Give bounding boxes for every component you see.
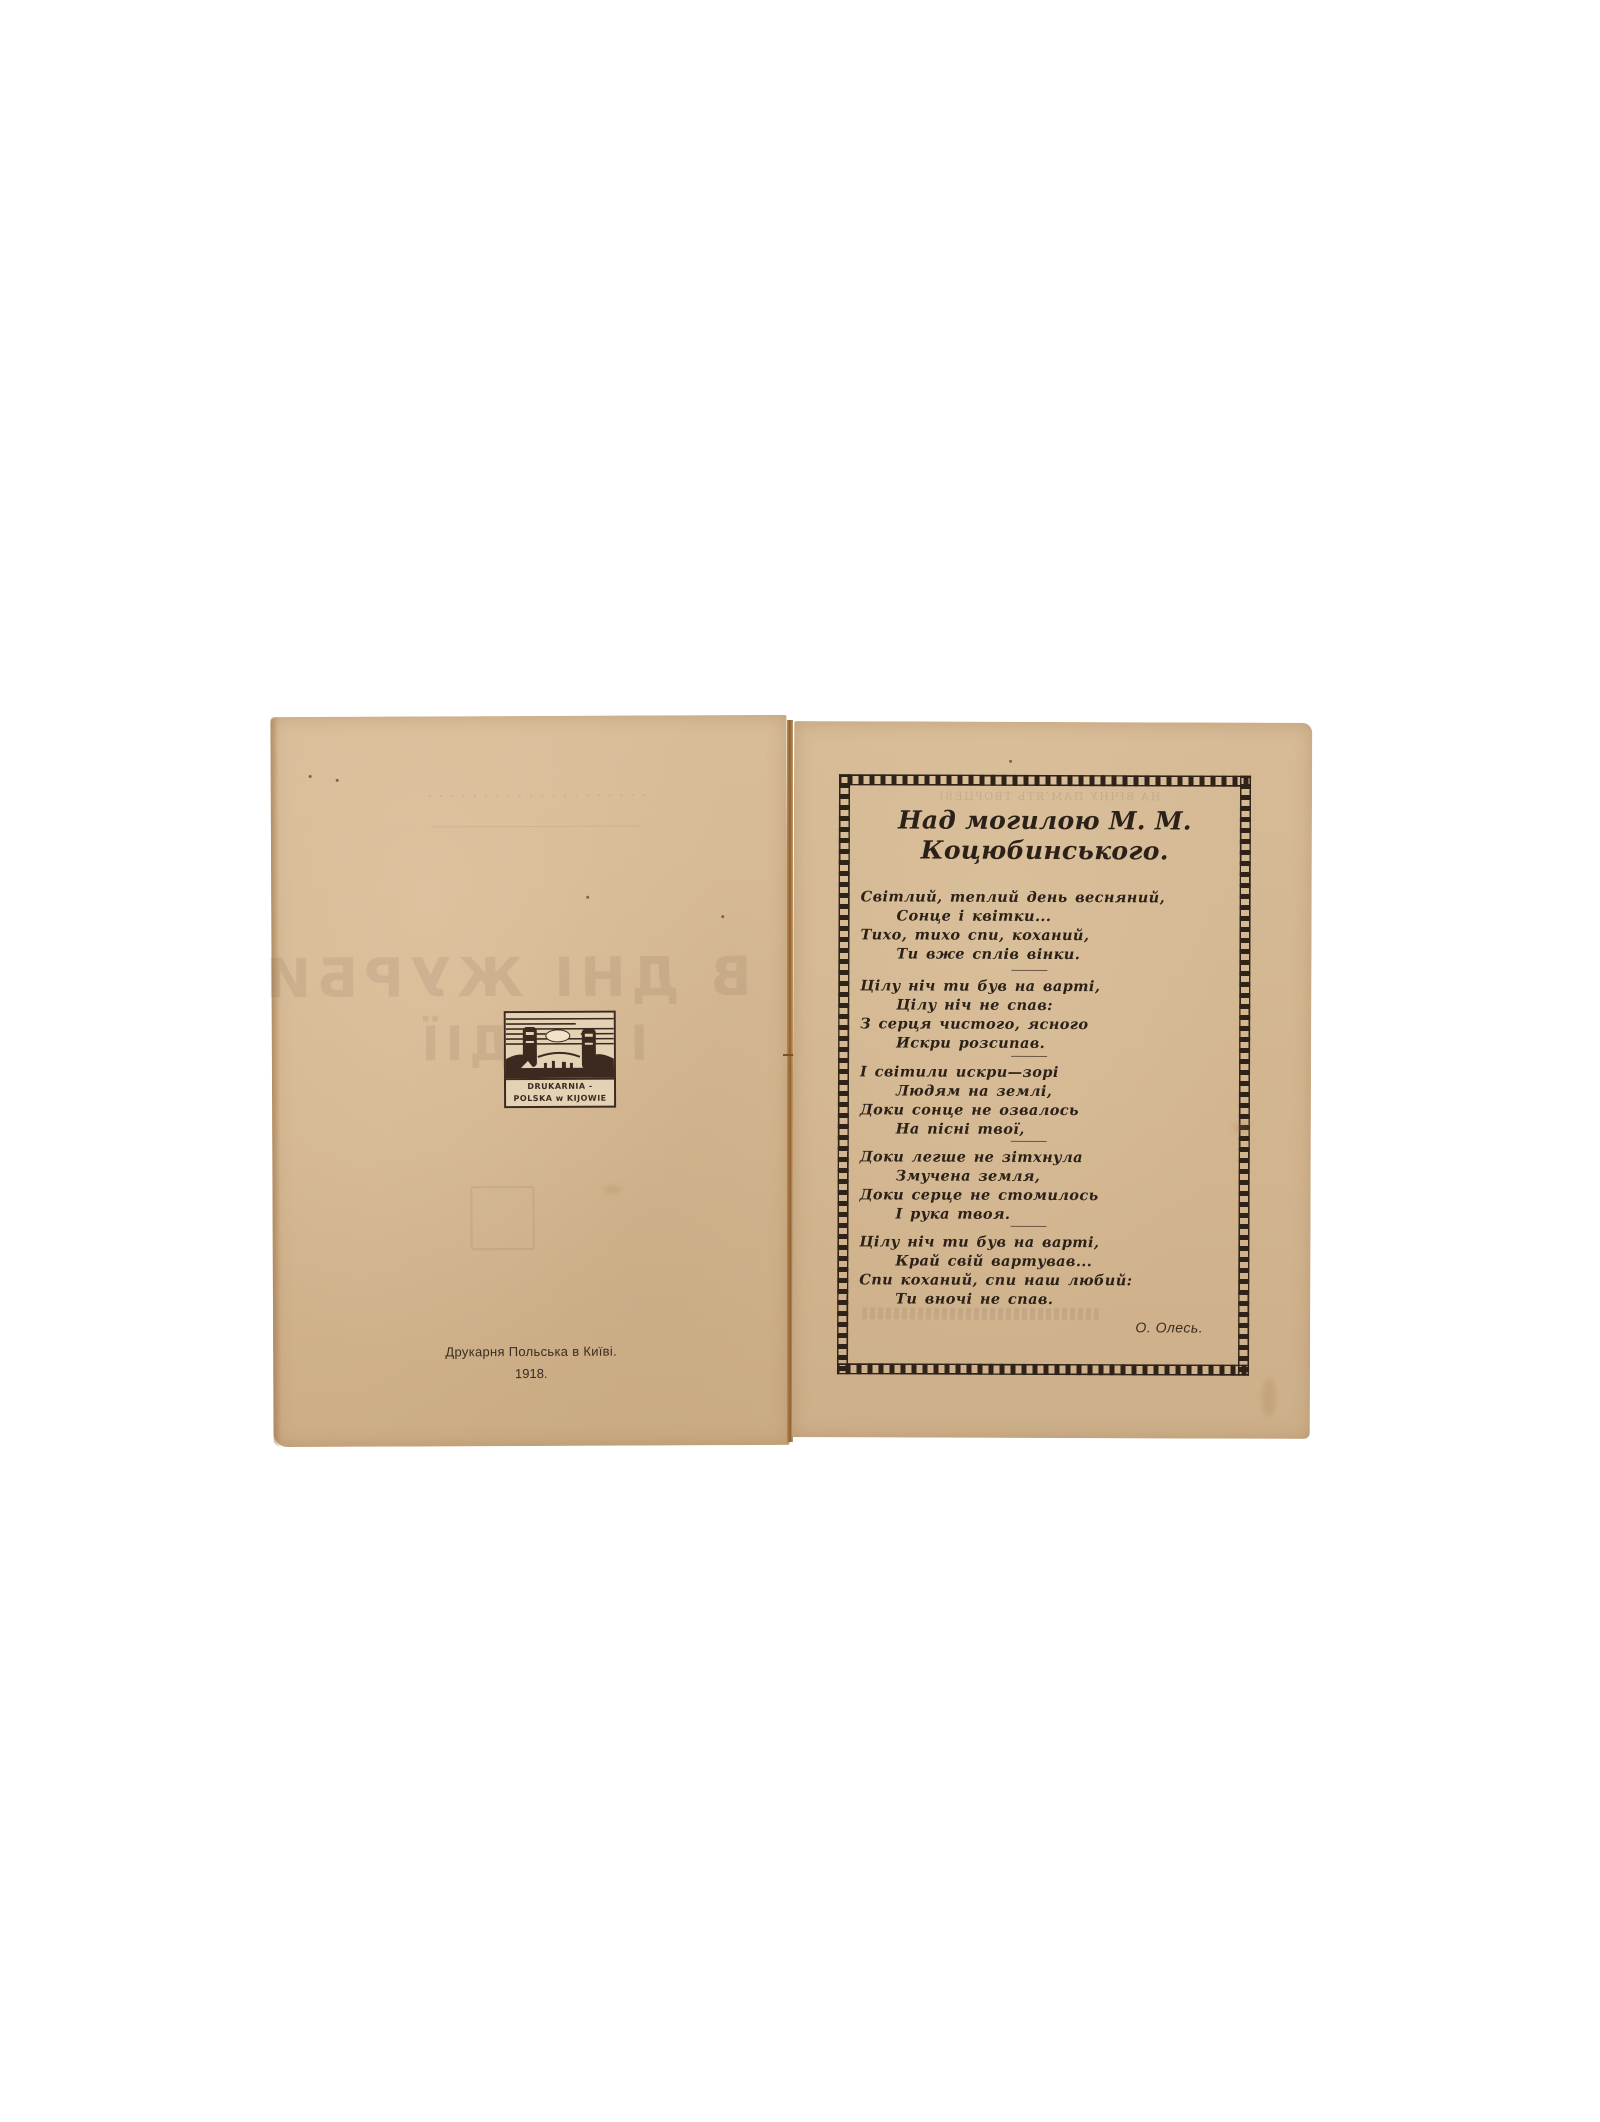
imprint-printer: Друкарня Польська в Київі.: [273, 1343, 789, 1360]
show-through-monogram-icon: [470, 1186, 534, 1250]
stanza-3: І світили искри—зорі Людям на землі, Док…: [860, 1062, 1240, 1139]
verse-line: З серця чистого, ясного: [860, 1014, 1240, 1034]
verse-line: Людям на землі,: [860, 1081, 1240, 1101]
verse-line: Доки легше не зітхнула: [860, 1147, 1240, 1167]
verse-line: Край свій вартував...: [859, 1251, 1239, 1271]
show-through-title: В ДНІ ЖУРБИ: [311, 945, 751, 1010]
verse-line: Цілу ніч не спав:: [860, 995, 1240, 1015]
printer-mark-caption-line1: DRUKARNIA -: [506, 1081, 614, 1093]
verse-line: Ти вже сплів вінки.: [860, 944, 1240, 964]
show-through-text: · · · · · · · · · · · · · · · · · · · ·: [371, 790, 701, 802]
paper-speck: [586, 896, 589, 899]
poem-title-line2: Коцюбинського.: [839, 835, 1251, 866]
paper-speck: [1009, 760, 1012, 763]
stanza-2: Цілу ніч ти був на варті, Цілу ніч не сп…: [860, 976, 1240, 1053]
stanza-1: Світлий, теплий день весняний, Сонце і к…: [860, 887, 1240, 964]
paper-stain: [602, 1186, 622, 1194]
verse-line: На пісні твої,: [860, 1119, 1240, 1139]
stanza-divider: [1011, 1056, 1047, 1057]
paper-stain: [1262, 1378, 1276, 1418]
right-page: НА ВІЧНУ ПАМʼЯТЬ ТВОРЦЕВІ Над могилою М.…: [792, 721, 1312, 1439]
stanza-divider: [1011, 1141, 1047, 1142]
imprint-year: 1918.: [273, 1365, 789, 1382]
paper-speck: [721, 915, 724, 918]
printer-mark-caption-line2: POLSKA w KIJOWIE: [506, 1093, 614, 1105]
paper-stain: [1233, 1123, 1251, 1133]
verse-line: Цілу ніч ти був на варті,: [860, 976, 1240, 996]
left-page: · · · · · · · · · · · · · · · · · · · · …: [270, 715, 789, 1447]
stanza-divider: [1011, 970, 1047, 971]
verse-line: Искри розсипав.: [860, 1033, 1240, 1053]
verse-line: І рука твоя.: [859, 1204, 1239, 1224]
author-signature: О. Олесь.: [837, 1318, 1203, 1335]
printer-mark-caption: DRUKARNIA - POLSKA w KIJOWIE: [506, 1078, 614, 1106]
poem-title-line1: Над могилою М. М.: [839, 805, 1251, 836]
verse-line: Сонце і квітки...: [861, 906, 1241, 926]
show-through-rule: [431, 826, 641, 828]
verse-line: Світлий, теплий день весняний,: [861, 887, 1241, 907]
paper-speck: [336, 779, 339, 782]
verse-line: Змучена земля,: [860, 1166, 1240, 1186]
verse-line: Спи коханий, спи наш любий:: [859, 1270, 1239, 1290]
stanza-5: Цілу ніч ти був на варті, Край свій варт…: [859, 1232, 1239, 1309]
verse-line: Доки серце не стомилось: [860, 1185, 1240, 1205]
woodcut-towers-icon: [506, 1013, 614, 1078]
verse-line: І світили искри—зорі: [860, 1062, 1240, 1082]
stanza-4: Доки легше не зітхнула Змучена земля, До…: [859, 1147, 1239, 1224]
page-edge-shadow: [270, 717, 281, 1447]
border-top-inner: [839, 774, 1251, 786]
verse-line: Тихо, тихо спи, коханий,: [860, 925, 1240, 945]
border-bottom-inner: [837, 1363, 1249, 1375]
printer-mark-woodcut-icon: DRUKARNIA - POLSKA w KIJOWIE: [504, 1011, 616, 1108]
verse-line: Цілу ніч ти був на варті,: [859, 1232, 1239, 1252]
stanza-divider: [1010, 1226, 1046, 1227]
paper-speck: [309, 775, 312, 778]
verse-line: Доки сонце не озвалось: [860, 1100, 1240, 1120]
